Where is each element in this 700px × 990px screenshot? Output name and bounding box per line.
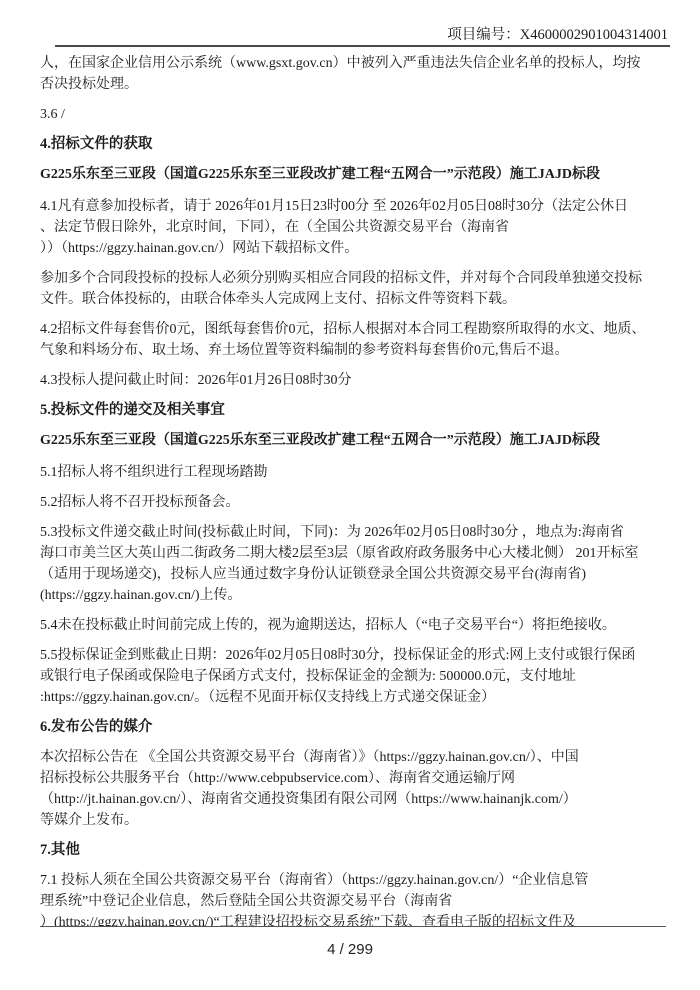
- paragraph-6-media: 本次招标公告在 《全国公共资源交易平台（海南省）》（https://ggzy.h…: [40, 747, 666, 831]
- paragraph-5-1: 5.1招标人将不组织进行工程现场踏勘: [40, 462, 666, 483]
- heading-section-4: 4.招标文件的获取: [40, 134, 666, 155]
- project-number-label: 项目编号：: [447, 27, 520, 43]
- paragraph-5-3: 5.3投标文件递交截止时间(投标截止时间，下同)：为 2026年02月05日08…: [40, 522, 666, 606]
- paragraph-3-5-continuation: 人，在国家企业信用公示系统（www.gsxt.gov.cn）中被列入严重违法失信…: [40, 53, 666, 95]
- heading-section-7: 7.其他: [40, 840, 666, 861]
- page-header: 项目编号：X4600002901004314001: [55, 0, 670, 47]
- page-indicator: 4 / 299: [0, 941, 700, 958]
- bid-section-title: G225乐东至三亚段（国道G225乐东至三亚段改扩建工程“五网合一”示范段）施工…: [40, 164, 666, 185]
- paragraph-7-1: 7.1 投标人须在全国公共资源交易平台（海南省）（https://ggzy.ha…: [40, 870, 666, 912]
- paragraph-4-3: 4.3投标人提问截止时间：2026年01月26日08时30分: [40, 370, 666, 391]
- paragraph-4-1: 4.1凡有意参加投标者，请于 2026年01月15日23时00分 至 2026年…: [40, 196, 666, 259]
- heading-section-5: 5.投标文件的递交及相关事宜: [40, 400, 666, 421]
- project-number-value: X4600002901004314001: [520, 27, 668, 43]
- document-page: 项目编号：X4600002901004314001 人，在国家企业信用公示系统（…: [0, 0, 700, 990]
- paragraph-4-1-note: 参加多个合同段投标的投标人必须分别购买相应合同段的招标文件，并对每个合同段单独递…: [40, 268, 666, 310]
- paragraph-4-2: 4.2招标文件每套售价0元，图纸每套售价0元，招标人根据对本合同工程勘察所取得的…: [40, 319, 666, 361]
- paragraph-3-6: 3.6 /: [40, 104, 666, 125]
- paragraph-5-2: 5.2招标人将不召开投标预备会。: [40, 492, 666, 513]
- paragraph-7-1-clipped-line: ）(https://ggzy.hainan.gov.cn/)“工程建设招投标交易…: [40, 912, 666, 927]
- heading-section-6: 6.发布公告的媒介: [40, 717, 666, 738]
- paragraph-5-4: 5.4未在投标截止时间前完成上传的，视为逾期送达，招标人（“电子交易平台“）将拒…: [40, 615, 666, 636]
- document-body: 人，在国家企业信用公示系统（www.gsxt.gov.cn）中被列入严重违法失信…: [0, 47, 700, 927]
- paragraph-5-5: 5.5投标保证金到账截止日期：2026年02月05日08时30分，投标保证金的形…: [40, 645, 666, 708]
- bid-section-title: G225乐东至三亚段（国道G225乐东至三亚段改扩建工程“五网合一”示范段）施工…: [40, 430, 666, 451]
